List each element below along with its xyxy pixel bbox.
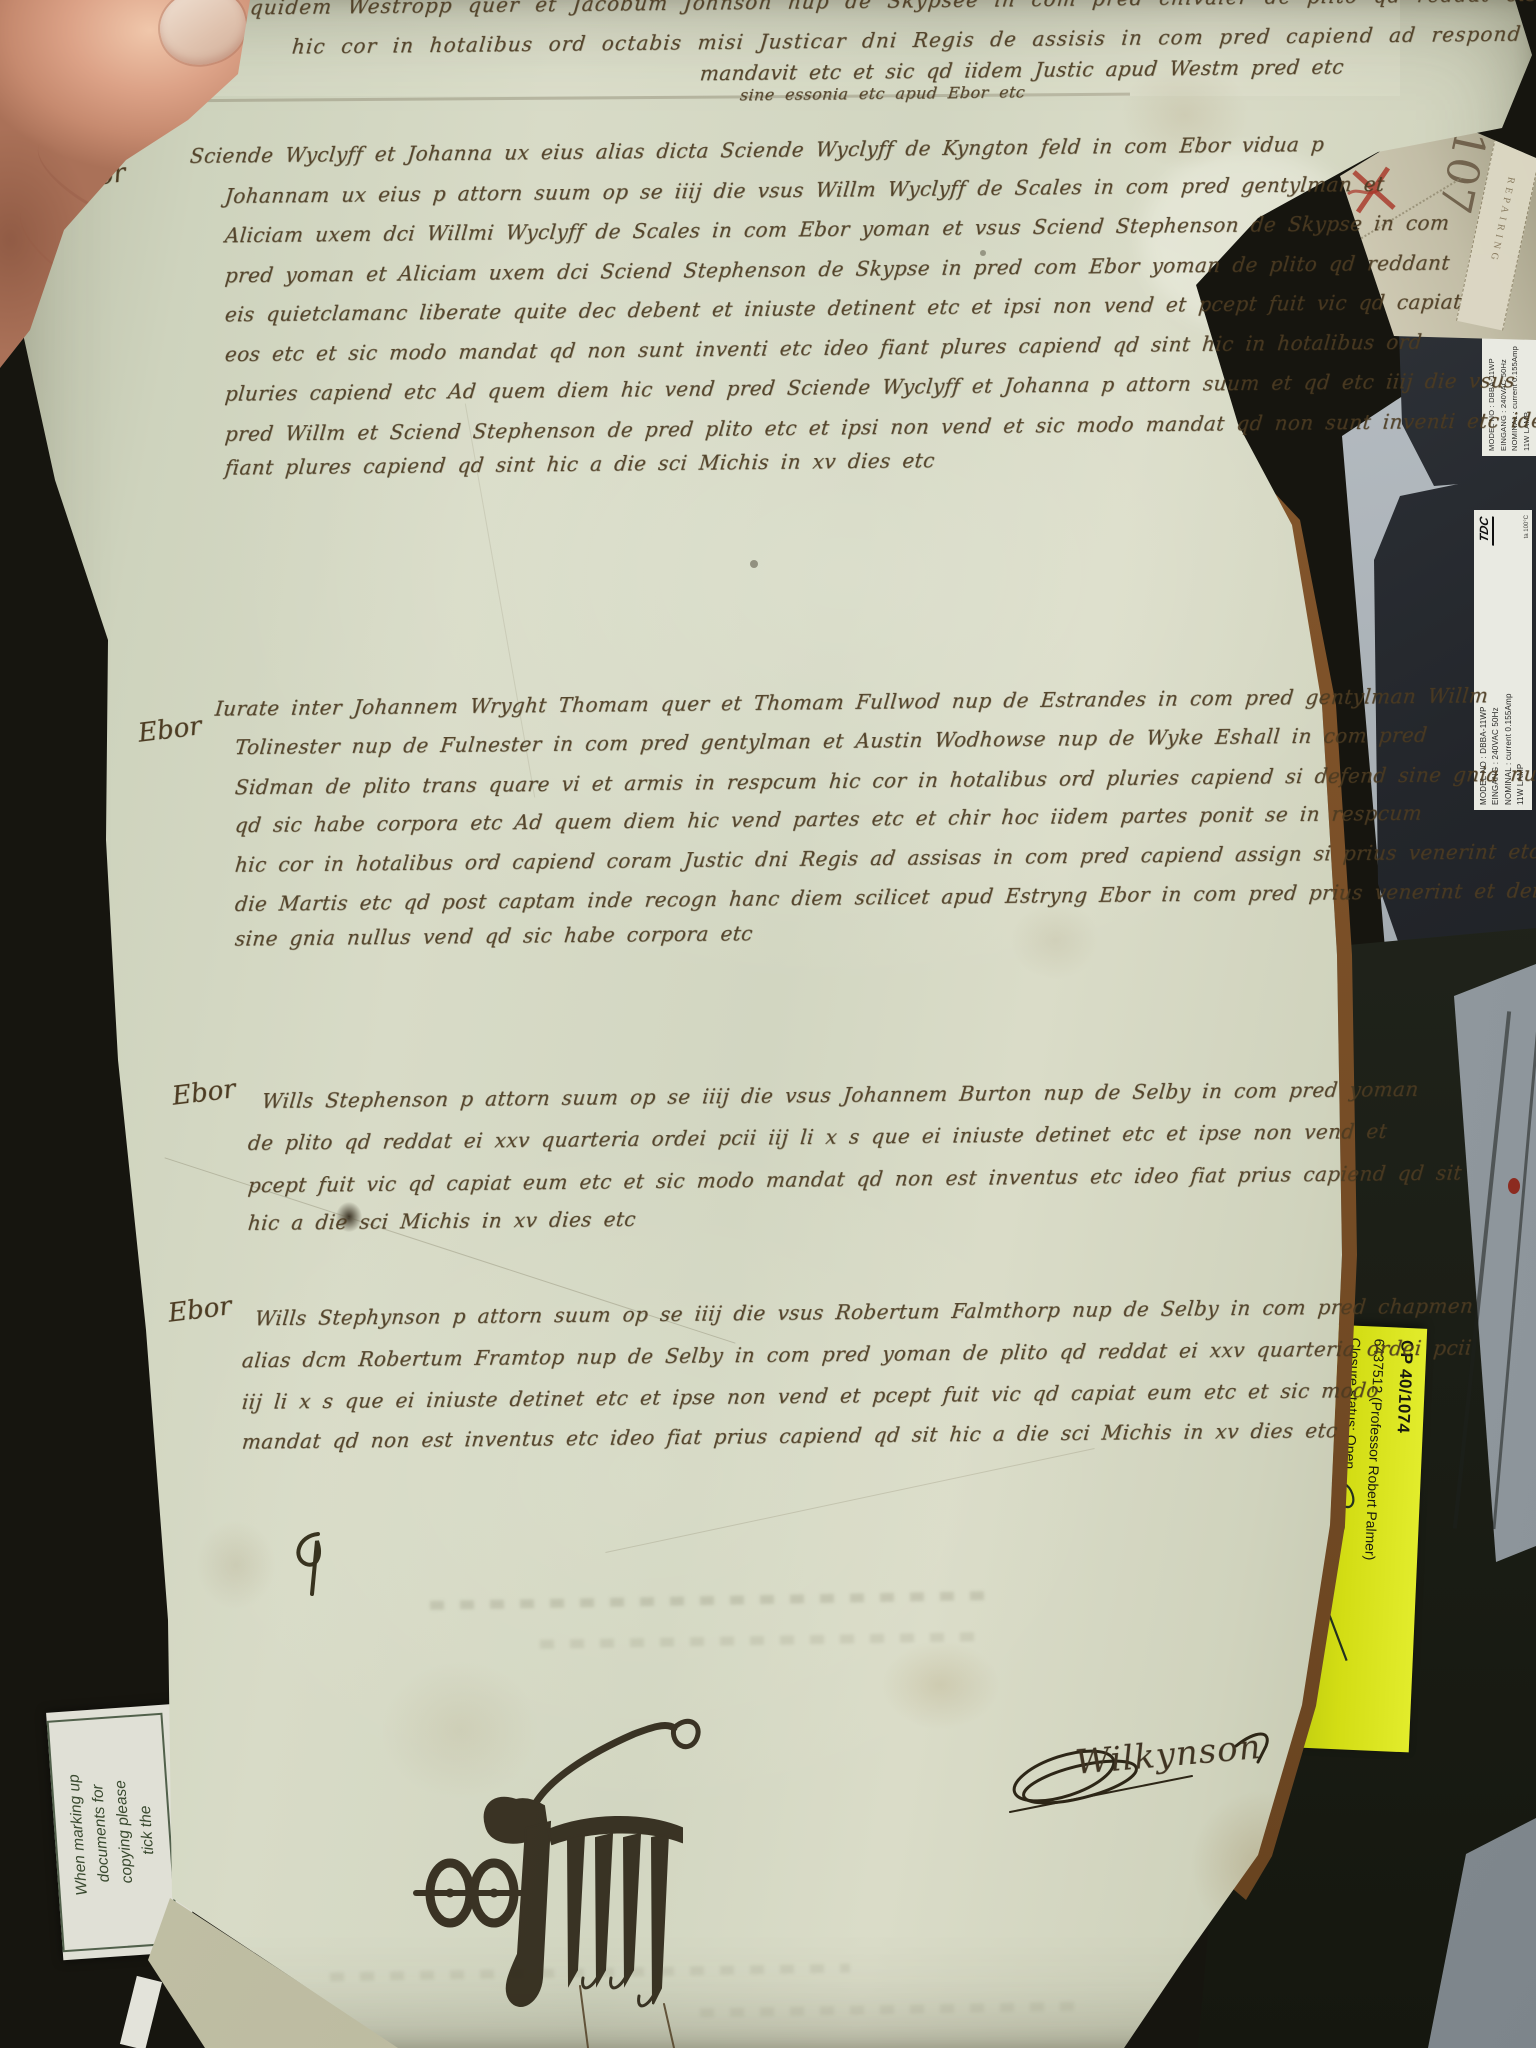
stain	[1010, 900, 1100, 980]
manuscript-line: hic a die sci Michis in xv dies etc	[247, 1207, 637, 1235]
paper-sliver	[120, 1976, 162, 2048]
pen-mark-p	[290, 1528, 330, 1600]
manuscript-line: sine essonia etc apud Ebor etc	[739, 82, 1026, 104]
membrane-number-numeral	[398, 1688, 708, 2048]
red-speck	[1508, 1178, 1520, 1194]
stain	[880, 1640, 1000, 1730]
thumbnail-nail	[152, 0, 253, 73]
speck	[750, 560, 758, 568]
photo-of-plea-roll-membrane: MODEL NO : DBBA-11WP EINGANG : 240VAC 50…	[0, 0, 1536, 2048]
repair-tag-text: REPAIRING	[1487, 176, 1516, 265]
ballast-temp-note: ta 100°C	[1524, 515, 1530, 538]
stain	[196, 1520, 276, 1610]
ballast-brand-logo: TDC	[1477, 513, 1494, 545]
label-line: tick the	[134, 1805, 161, 1856]
